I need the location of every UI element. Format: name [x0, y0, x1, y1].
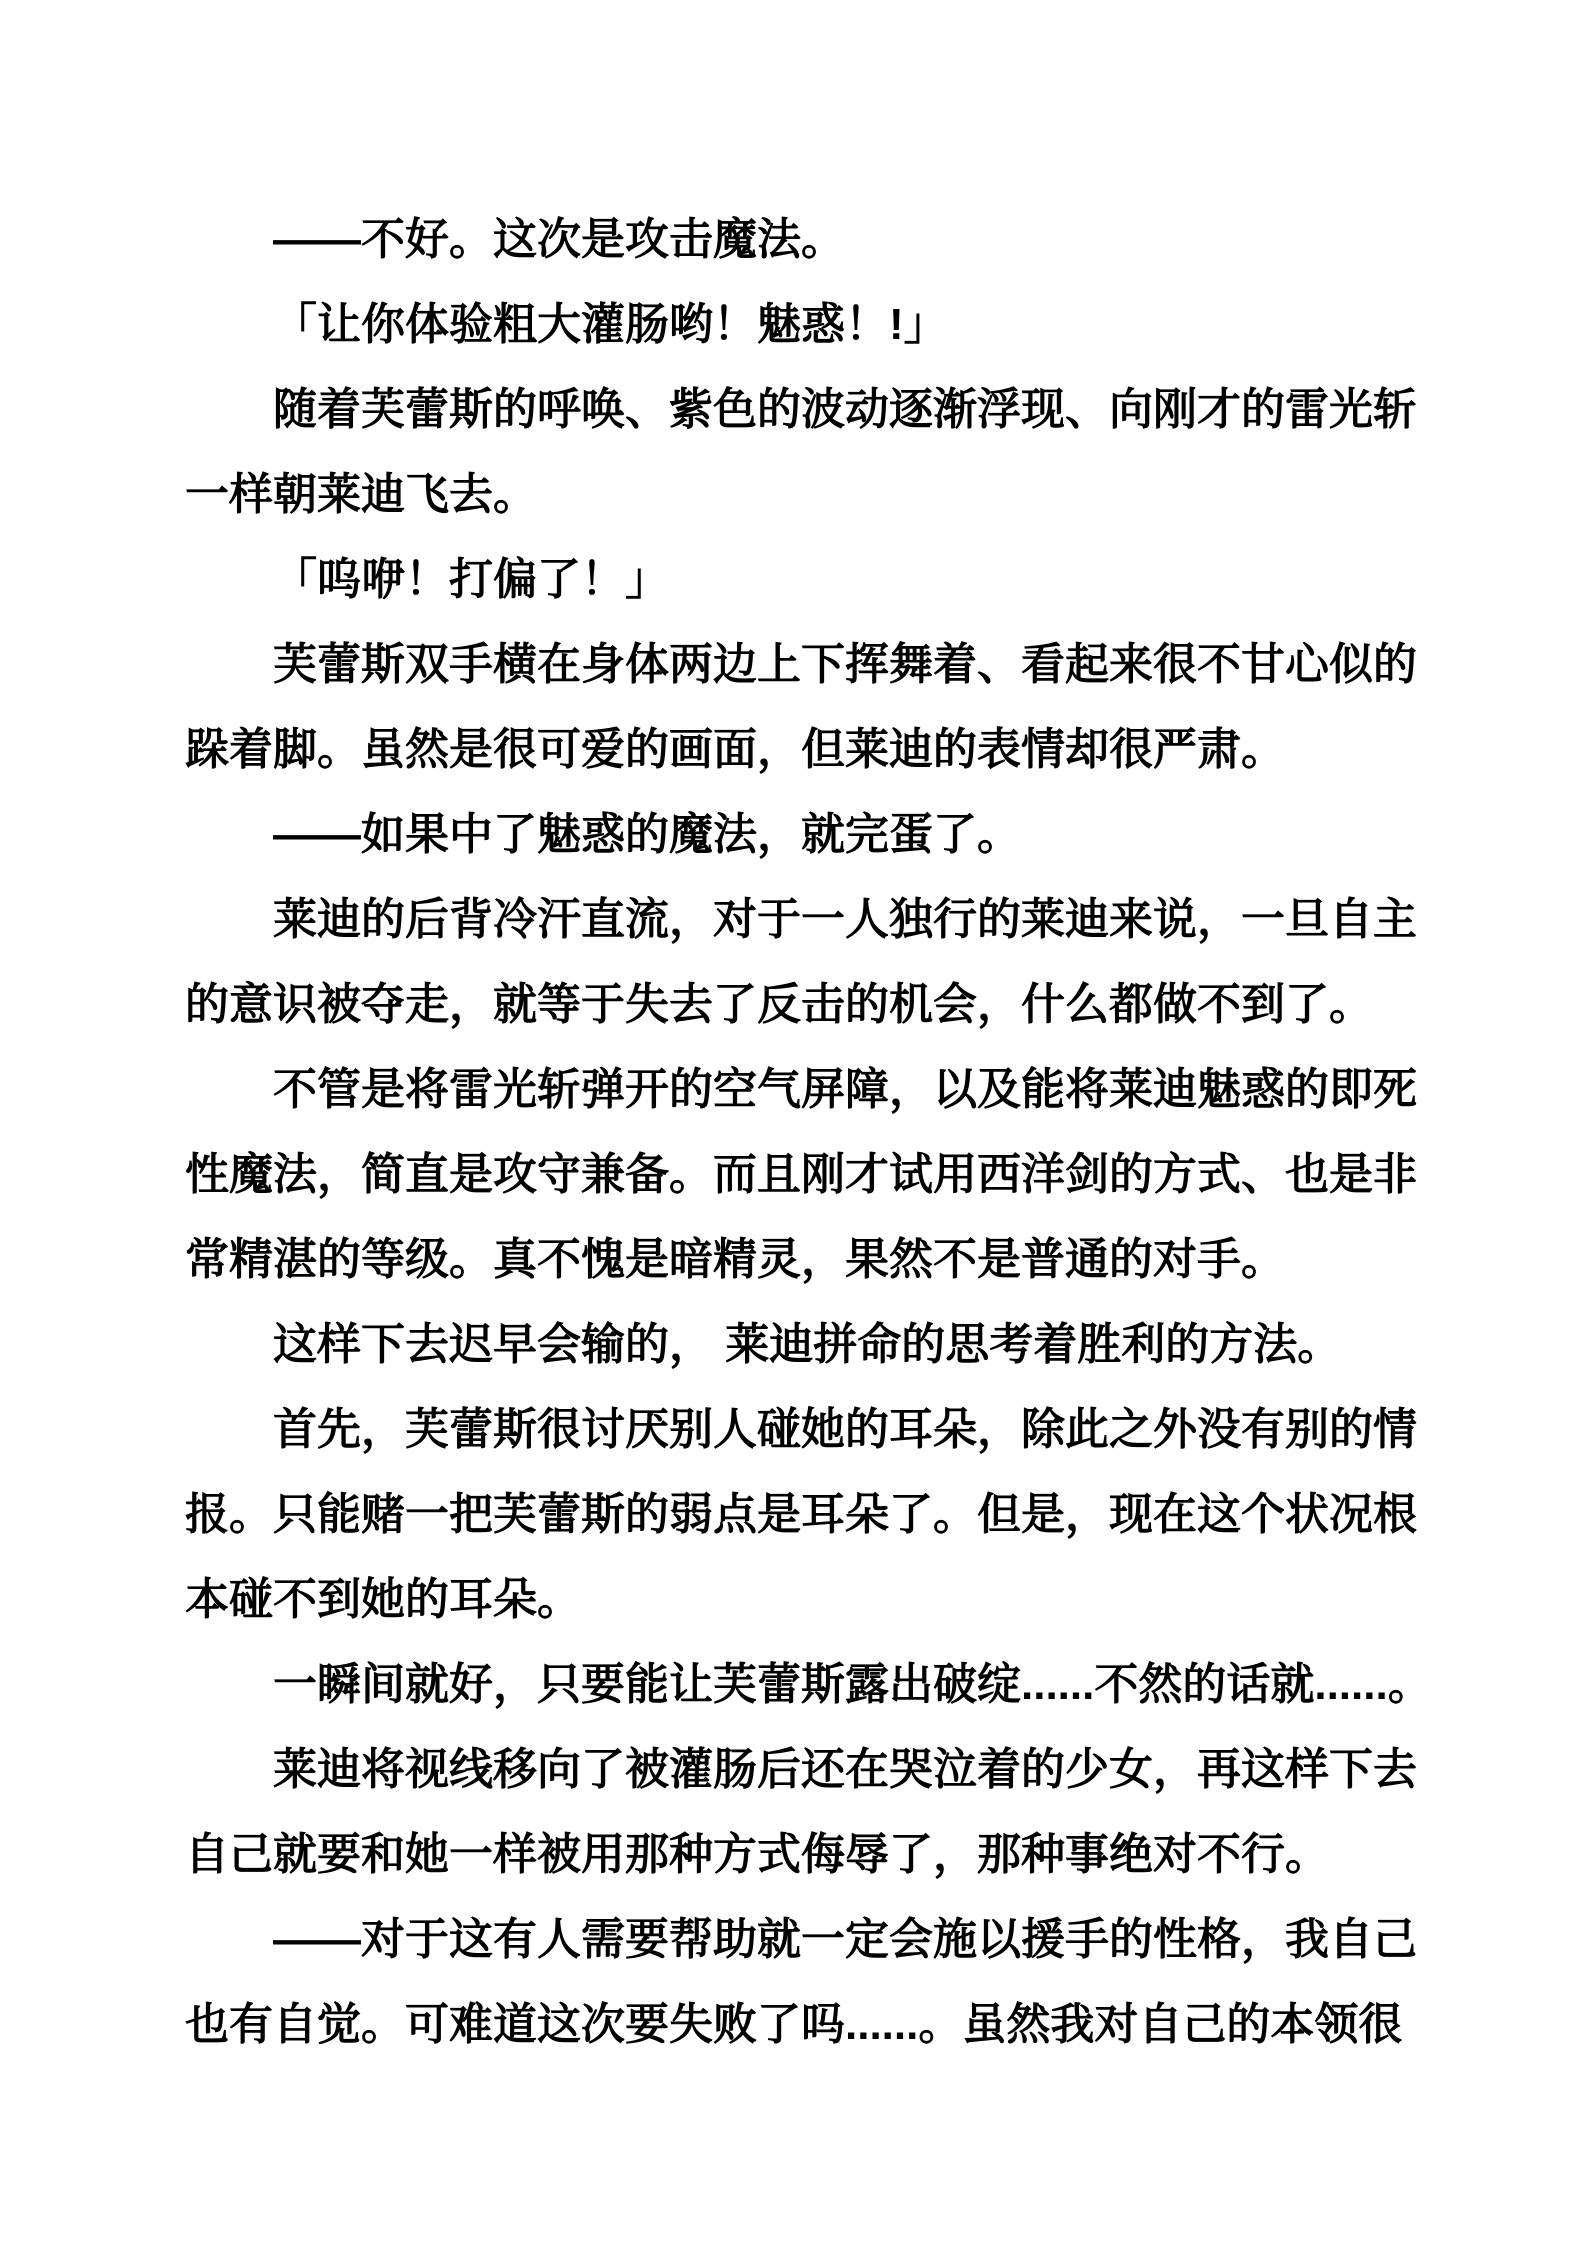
- text-line: 随着芙蕾斯的呼唤、紫色的波动逐渐浮现、向刚才的雷光斩: [185, 367, 1497, 452]
- text-line: 芙蕾斯双手横在身体两边上下挥舞着、看起来很不甘心似的: [185, 622, 1497, 707]
- text-line: 的意识被夺走，就等于失去了反击的机会，什么都做不到了。: [185, 962, 1497, 1047]
- text-line: 这样下去迟早会输的， 莱迪拼命的思考着胜利的方法。: [185, 1302, 1497, 1387]
- text-line: 跺着脚。虽然是很可爱的画面，但莱迪的表情却很严肃。: [185, 707, 1497, 792]
- text-line: 报。只能赌一把芙蕾斯的弱点是耳朵了。但是，现在这个状况根: [185, 1472, 1497, 1557]
- text-line: 也有自觉。可难道这次要失败了吗......。虽然我对自己的本领很: [185, 1982, 1497, 2067]
- text-line: ——不好。这次是攻击魔法。: [185, 197, 1497, 282]
- text-line: 一样朝莱迪飞去。: [185, 452, 1497, 537]
- text-line: 首先，芙蕾斯很讨厌别人碰她的耳朵，除此之外没有别的情: [185, 1387, 1497, 1472]
- text-line: 本碰不到她的耳朵。: [185, 1557, 1497, 1642]
- text-line: 自己就要和她一样被用那种方式侮辱了，那种事绝对不行。: [185, 1812, 1497, 1897]
- novel-page: ——不好。这次是攻击魔法。 「让你体验粗大灌肠哟！魅惑！!」 随着芙蕾斯的呼唤、…: [0, 0, 1587, 2245]
- text-line: 「呜咿！打偏了！」: [185, 537, 1497, 622]
- text-line: 一瞬间就好，只要能让芙蕾斯露出破绽......不然的话就......。: [185, 1642, 1497, 1727]
- text-line: ——如果中了魅惑的魔法，就完蛋了。: [185, 792, 1497, 877]
- text-line: 常精湛的等级。真不愧是暗精灵，果然不是普通的对手。: [185, 1217, 1497, 1302]
- text-line: 莱迪的后背冷汗直流，对于一人独行的莱迪来说，一旦自主: [185, 877, 1497, 962]
- text-line: ——对于这有人需要帮助就一定会施以援手的性格，我自己: [185, 1897, 1497, 1982]
- text-line: 莱迪将视线移向了被灌肠后还在哭泣着的少女，再这样下去: [185, 1727, 1497, 1812]
- text-line: 性魔法，简直是攻守兼备。而且刚才试用西洋剑的方式、也是非: [185, 1132, 1497, 1217]
- text-line: 「让你体验粗大灌肠哟！魅惑！!」: [185, 282, 1497, 367]
- novel-text-block: ——不好。这次是攻击魔法。 「让你体验粗大灌肠哟！魅惑！!」 随着芙蕾斯的呼唤、…: [185, 197, 1497, 2067]
- text-line: 不管是将雷光斩弹开的空气屏障，以及能将莱迪魅惑的即死: [185, 1047, 1497, 1132]
